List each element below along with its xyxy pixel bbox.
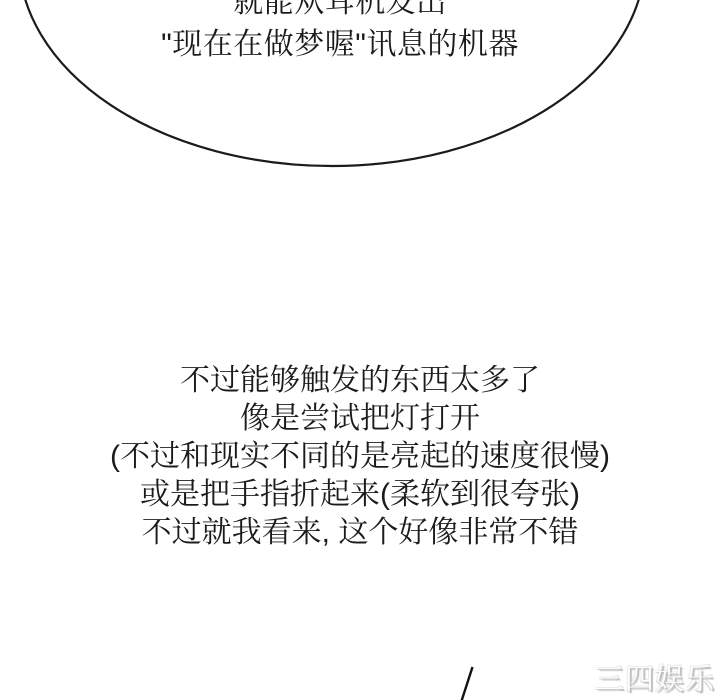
bubble-line: 就能从耳机发出 bbox=[0, 0, 680, 24]
narration-line: (不过和现实不同的是亮起的速度很慢) bbox=[0, 438, 720, 476]
watermark: 三四娱乐 bbox=[595, 657, 715, 698]
bubble-tail-line bbox=[462, 667, 473, 700]
bubble-line: "现在在做梦喔"讯息的机器 bbox=[0, 24, 680, 66]
narration-line: 不过就我看来, 这个好像非常不错 bbox=[0, 514, 720, 552]
narration-line: 不过能够触发的东西太多了 bbox=[0, 362, 720, 400]
bubble-art bbox=[0, 0, 720, 700]
comic-page: 就能从耳机发出 "现在在做梦喔"讯息的机器 不过能够触发的东西太多了 像是尝试把… bbox=[0, 0, 720, 700]
narration-line: 或是把手指折起来(柔软到很夸张) bbox=[0, 476, 720, 514]
narration-text: 不过能够触发的东西太多了 像是尝试把灯打开 (不过和现实不同的是亮起的速度很慢)… bbox=[0, 362, 720, 552]
narration-line: 像是尝试把灯打开 bbox=[0, 400, 720, 438]
speech-bubble-text: 就能从耳机发出 "现在在做梦喔"讯息的机器 bbox=[0, 0, 680, 66]
